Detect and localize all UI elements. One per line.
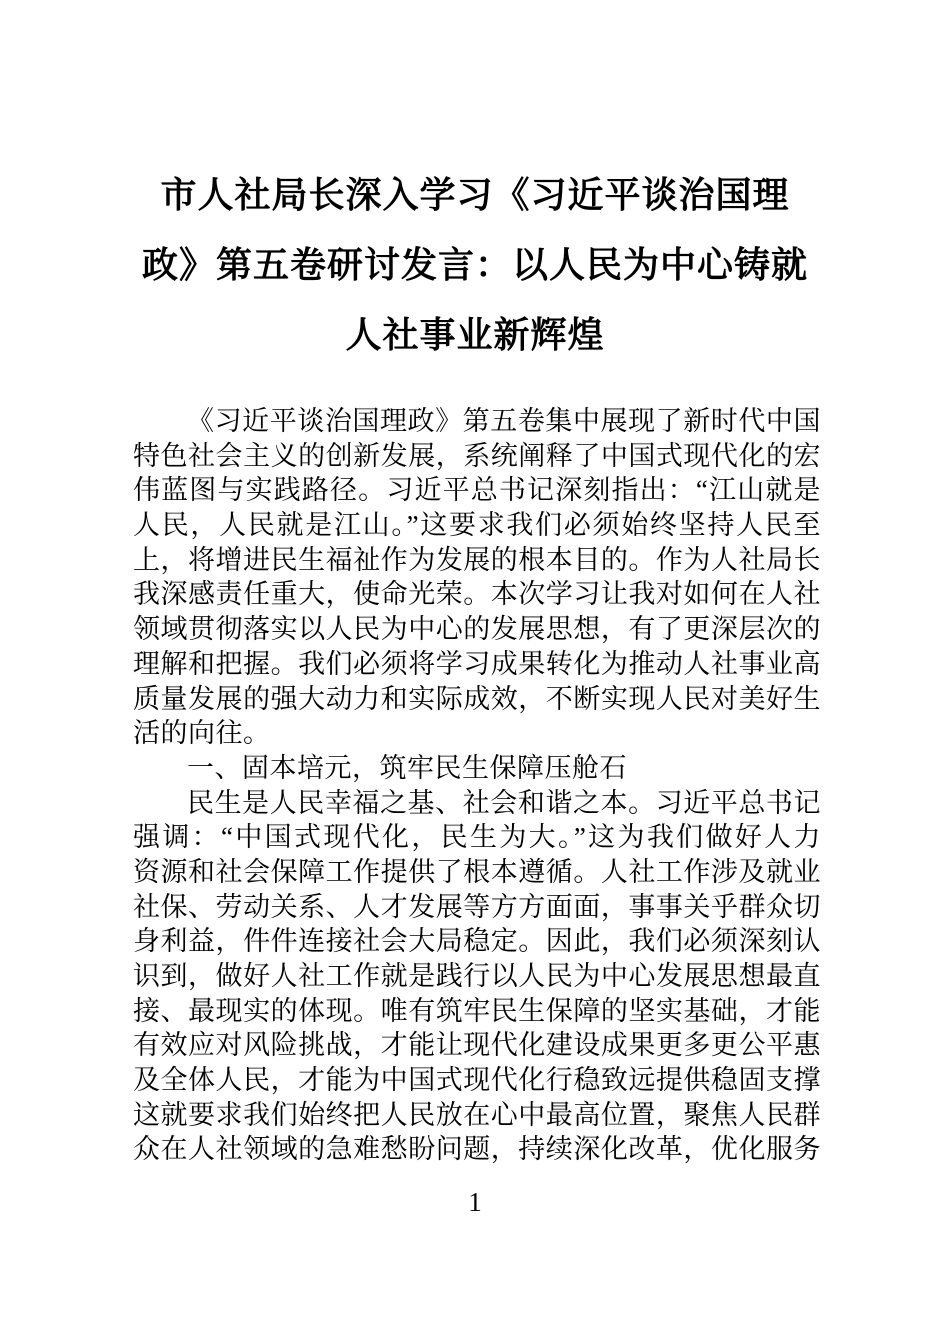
page-number: 1 [0, 1186, 950, 1218]
document-page: 市人社局长深入学习《习近平谈治国理 政》第五卷研讨发言：以人民为中心铸就 人社事… [0, 0, 950, 1344]
body-line: 强调：“中国式现代化，民生为大。”这为我们做好人力 [133, 820, 821, 855]
body-line: 《习近平谈治国理政》第五卷集中展现了新时代中国 [133, 404, 821, 439]
body-line: 理解和把握。我们必须将学习成果转化为推动人社事业高 [133, 647, 821, 682]
body-line: 领域贯彻落实以人民为中心的发展思想，有了更深层次的 [133, 612, 821, 647]
section-heading: 一、固本培元，筑牢民生保障压舱石 [133, 751, 821, 786]
body-line: 及全体人民，才能为中国式现代化行稳致远提供稳固支撑 [133, 1063, 821, 1098]
title-line-1: 市人社局长深入学习《习近平谈治国理 [120, 160, 830, 230]
body-line: 接、最现实的体现。唯有筑牢民生保障的坚实基础，才能 [133, 994, 821, 1029]
body-line: 特色社会主义的创新发展，系统阐释了中国式现代化的宏 [133, 439, 821, 474]
title-line-3: 人社事业新辉煌 [120, 300, 830, 370]
body-line: 资源和社会保障工作提供了根本遵循。人社工作涉及就业 [133, 855, 821, 890]
body-line: 这就要求我们始终把人民放在心中最高位置，聚焦人民群 [133, 1098, 821, 1133]
document-title: 市人社局长深入学习《习近平谈治国理 政》第五卷研讨发言：以人民为中心铸就 人社事… [120, 160, 830, 370]
body-line: 上，将增进民生福祉作为发展的根本目的。作为人社局长 [133, 543, 821, 578]
title-line-2: 政》第五卷研讨发言：以人民为中心铸就 [120, 230, 830, 300]
document-body: 《习近平谈治国理政》第五卷集中展现了新时代中国 特色社会主义的创新发展，系统阐释… [133, 404, 821, 1167]
body-line: 活的向往。 [133, 716, 821, 751]
body-line: 我深感责任重大，使命光荣。本次学习让我对如何在人社 [133, 577, 821, 612]
body-line: 众在人社领域的急难愁盼问题，持续深化改革，优化服务 [133, 1132, 821, 1167]
body-line: 识到，做好人社工作就是践行以人民为中心发展思想最直 [133, 959, 821, 994]
body-line: 民生是人民幸福之基、社会和谐之本。习近平总书记 [133, 786, 821, 821]
body-line: 有效应对风险挑战，才能让现代化建设成果更多更公平惠 [133, 1028, 821, 1063]
body-line: 伟蓝图与实践路径。习近平总书记深刻指出：“江山就是 [133, 473, 821, 508]
body-line: 社保、劳动关系、人才发展等方方面面，事事关乎群众切 [133, 890, 821, 925]
body-line: 人民，人民就是江山。”这要求我们必须始终坚持人民至 [133, 508, 821, 543]
body-line: 质量发展的强大动力和实际成效，不断实现人民对美好生 [133, 682, 821, 717]
body-line: 身利益，件件连接社会大局稳定。因此，我们必须深刻认 [133, 924, 821, 959]
